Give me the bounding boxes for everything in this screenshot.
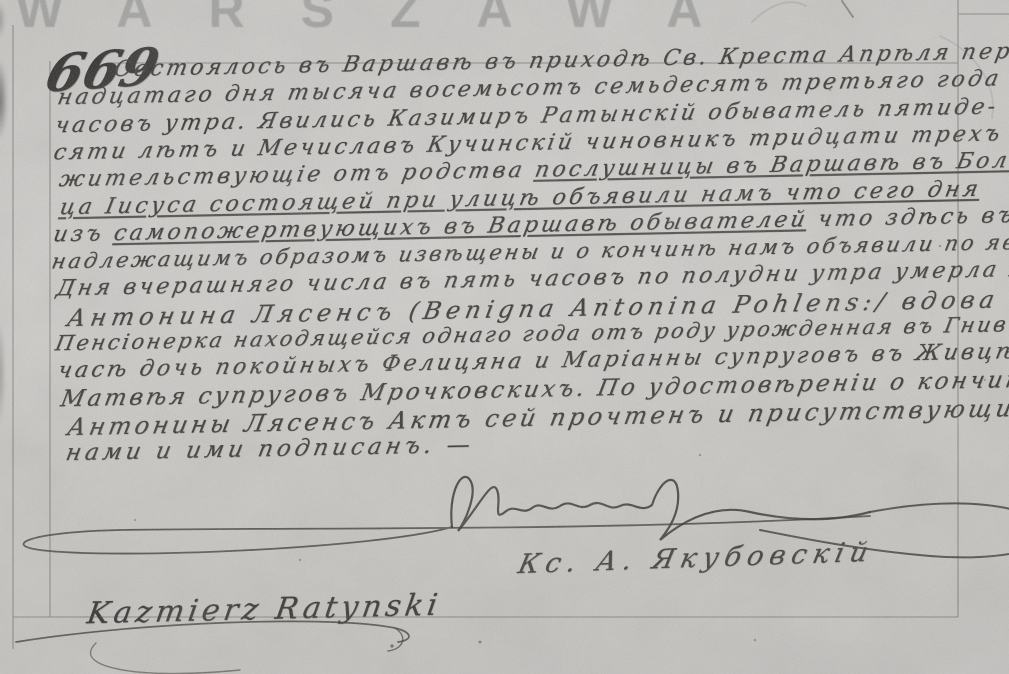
handwriting-text: что здѣсь въ Варшавѣ xyxy=(806,200,1009,232)
scan-edge-smudge xyxy=(0,58,8,142)
scan-edge-smudge xyxy=(0,318,6,428)
handwriting-block: Состоялось въ Варшавѣ въ приходѣ Св. Кре… xyxy=(0,0,1009,674)
handwriting-text: изъ xyxy=(51,221,116,247)
scanned-record-page: WARSZAWA 669 Состоялось въ Варшавѣ въ пр… xyxy=(0,0,1009,674)
scan-edge-smudge xyxy=(0,0,6,40)
